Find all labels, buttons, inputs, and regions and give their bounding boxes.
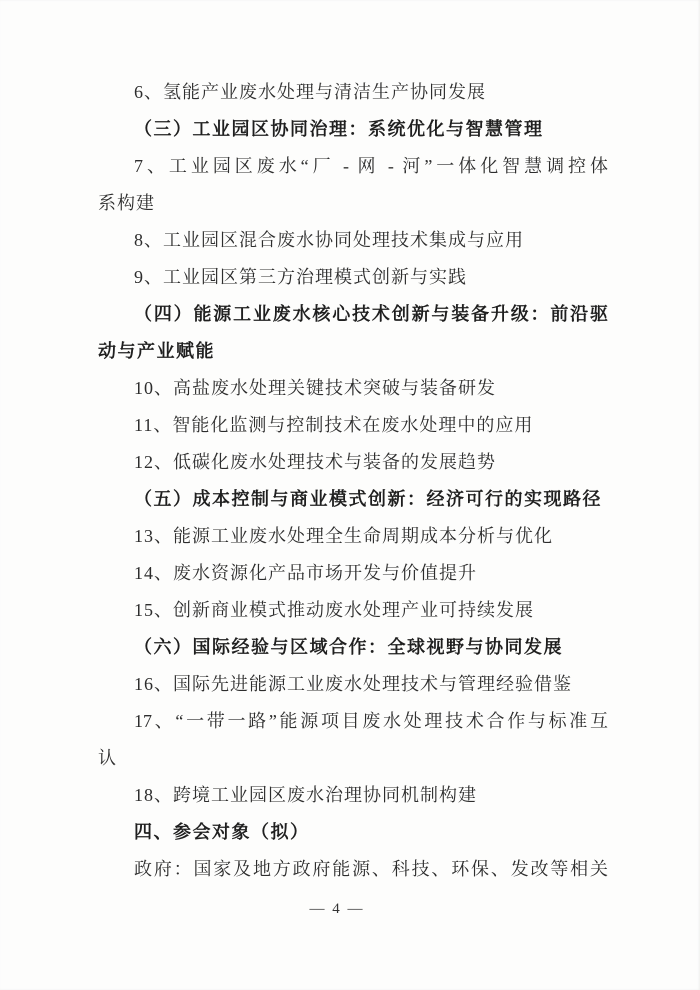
document-line: 政府：国家及地方政府能源、科技、环保、发改等相关	[98, 851, 608, 888]
document-line: 9、工业园区第三方治理模式创新与实践	[98, 259, 608, 296]
document-line: 系构建	[98, 185, 608, 222]
document-line: 18、跨境工业园区废水治理协同机制构建	[98, 777, 608, 814]
document-line: 12、低碳化废水处理技术与装备的发展趋势	[98, 444, 608, 481]
document-page: 6、氢能产业废水处理与清洁生产协同发展（三）工业园区协同治理：系统优化与智慧管理…	[0, 0, 700, 990]
document-line: 11、智能化监测与控制技术在废水处理中的应用	[98, 407, 608, 444]
document-line: 8、工业园区混合废水协同处理技术集成与应用	[98, 222, 608, 259]
document-line: 7、工业园区废水“厂 - 网 - 河”一体化智慧调控体	[98, 148, 608, 185]
document-line: （五）成本控制与商业模式创新：经济可行的实现路径	[98, 481, 608, 518]
document-line: 认	[98, 740, 608, 777]
document-line: （四）能源工业废水核心技术创新与装备升级：前沿驱	[98, 296, 608, 333]
document-line: 16、国际先进能源工业废水处理技术与管理经验借鉴	[98, 666, 608, 703]
document-line: 15、创新商业模式推动废水处理产业可持续发展	[98, 592, 608, 629]
document-line: 14、废水资源化产品市场开发与价值提升	[98, 555, 608, 592]
document-body: 6、氢能产业废水处理与清洁生产协同发展（三）工业园区协同治理：系统优化与智慧管理…	[98, 74, 608, 888]
document-line: 13、能源工业废水处理全生命周期成本分析与优化	[98, 518, 608, 555]
page-number: — 4 —	[0, 901, 674, 918]
document-line: （三）工业园区协同治理：系统优化与智慧管理	[98, 111, 608, 148]
document-line: 17、“一带一路”能源项目废水处理技术合作与标准互	[98, 703, 608, 740]
document-line: 6、氢能产业废水处理与清洁生产协同发展	[98, 74, 608, 111]
document-line: 动与产业赋能	[98, 333, 608, 370]
document-line: 10、高盐废水处理关键技术突破与装备研发	[98, 370, 608, 407]
document-line: （六）国际经验与区域合作：全球视野与协同发展	[98, 629, 608, 666]
document-line: 四、参会对象（拟）	[98, 814, 608, 851]
